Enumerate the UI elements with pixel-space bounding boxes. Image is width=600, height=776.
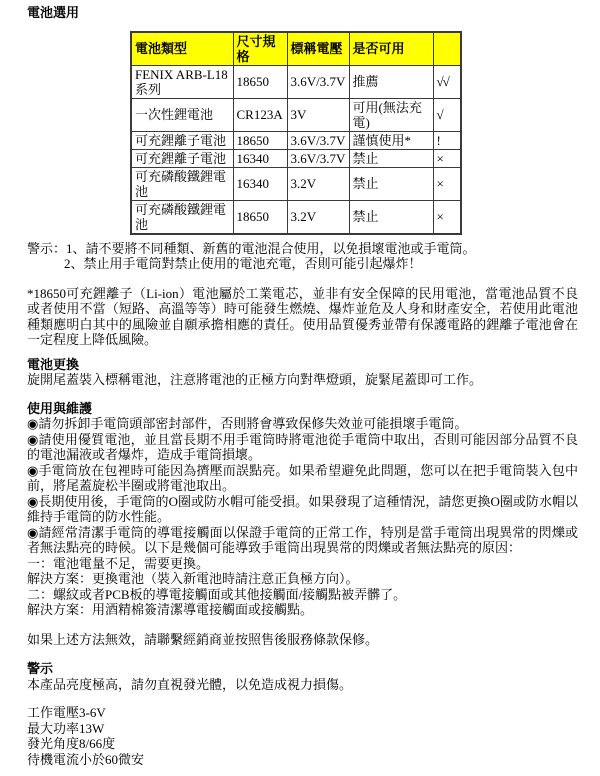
section-heading-use-maintenance: 使用與維護 xyxy=(27,401,578,417)
cause-line: 二：螺紋或者PCB板的導電接觸面或其他接觸面/接觸點被弄髒了。 xyxy=(27,587,578,603)
cell-battery-type: 可充鋰離子電池 xyxy=(131,131,233,149)
col-header-battery-type: 電池類型 xyxy=(131,32,233,66)
warning-note-line2: 2、禁止用手電筒對禁止使用的電池充電，否則可能引起爆炸！ xyxy=(27,256,578,272)
table-row: 可充磷酸鐵鋰電池 16340 3.2V 禁止 × xyxy=(131,167,461,200)
battery-replacement-body: 旋開尾蓋裝入標稱電池，注意將電池的正極方向對準燈頭，旋緊尾蓋即可工作。 xyxy=(27,372,578,388)
spec-operating-voltage: 工作電壓3-6V xyxy=(27,705,578,721)
spec-standby-current: 待機電流小於60微安 xyxy=(27,752,578,768)
table-header-row: 電池類型 尺寸規格 標稱電壓 是否可用 xyxy=(131,32,461,66)
solution-line: 解決方案：更換電池（裝入新電池時請注意正負極方向）。 xyxy=(27,571,578,587)
cell-size: 18650 xyxy=(233,131,287,149)
cell-size: 18650 xyxy=(233,65,287,98)
col-header-mark xyxy=(433,32,461,66)
maintenance-bullet: ◉請使用優質電池，並且當長期不用手電筒時將電池從手電筒中取出，否則可能因部分品質… xyxy=(27,432,578,463)
cell-battery-type: FENIX ARB-L18系列 xyxy=(131,65,233,98)
cell-usability: 禁止 xyxy=(349,167,433,200)
section-heading-battery-replacement: 電池更換 xyxy=(27,357,578,373)
cell-mark: ! xyxy=(433,131,461,149)
table-row: FENIX ARB-L18系列 18650 3.6V/3.7V 推薦 √√ xyxy=(131,65,461,98)
cell-voltage: 3.6V/3.7V xyxy=(287,131,349,149)
cell-battery-type: 一次性鋰電池 xyxy=(131,98,233,131)
maintenance-bullet: ◉長期使用後，手電筒的O圈或防水帽可能受損。如果發現了這種情況，請您更換O圈或防… xyxy=(27,494,578,525)
cell-battery-type: 可充磷酸鐵鋰電池 xyxy=(131,167,233,200)
col-header-usability: 是否可用 xyxy=(349,32,433,66)
section-heading-warning: 警示 xyxy=(27,661,578,677)
brightness-warning: 本產品亮度極高，請勿直視發光體，以免造成視力損傷。 xyxy=(27,677,578,693)
cell-voltage: 3.6V/3.7V xyxy=(287,65,349,98)
manual-page: 電池選用 電池類型 尺寸規格 標稱電壓 是否可用 FENIX ARB-L18系列… xyxy=(0,0,600,776)
cell-mark: √√ xyxy=(433,65,461,98)
col-header-nominal-voltage: 標稱電壓 xyxy=(287,32,349,66)
maintenance-bullet: ◉請勿拆卸手電筒頭部密封部件，否則將會導致保修失效並可能損壞手電筒。 xyxy=(27,416,578,432)
warning-note-line1: 警示：1、請不要將不同種類、新舊的電池混合使用，以免損壞電池或手電筒。 xyxy=(27,241,578,257)
cell-battery-type: 可充磷酸鐵鋰電池 xyxy=(131,200,233,234)
cell-size: CR123A xyxy=(233,98,287,131)
cell-mark: × xyxy=(433,167,461,200)
cell-usability: 謹慎使用* xyxy=(349,131,433,149)
cell-voltage: 3V xyxy=(287,98,349,131)
cell-usability: 禁止 xyxy=(349,149,433,167)
cell-mark: × xyxy=(433,200,461,234)
cell-size: 18650 xyxy=(233,200,287,234)
maintenance-bullet: ◉請經常清潔手電筒的導電接觸面以保證手電筒的正常工作，特別是當手電筒出現異常的閃… xyxy=(27,525,578,556)
table-row: 一次性鋰電池 CR123A 3V 可用(無法充電) √ xyxy=(131,98,461,131)
cell-voltage: 3.2V xyxy=(287,167,349,200)
disclaimer-18650: *18650可充鋰離子（Li-ion）電池屬於工業電芯，並非有安全保障的民用電池… xyxy=(27,286,578,348)
cell-voltage: 3.2V xyxy=(287,200,349,234)
cell-mark: × xyxy=(433,149,461,167)
maintenance-bullet: ◉手電筒放在包裡時可能因為擠壓而誤點亮。如果希望避免此問題，您可以在把手電筒裝入… xyxy=(27,463,578,494)
cell-usability: 禁止 xyxy=(349,200,433,234)
spec-list: 工作電壓3-6V 最大功率13W 發光角度8/66度 待機電流小於60微安 xyxy=(27,705,578,767)
section-heading-battery-selection: 電池選用 xyxy=(27,5,578,21)
cell-usability: 可用(無法充電) xyxy=(349,98,433,131)
cell-voltage: 3.6V/3.7V xyxy=(287,149,349,167)
battery-compatibility-table: 電池類型 尺寸規格 標稱電壓 是否可用 FENIX ARB-L18系列 1865… xyxy=(130,31,462,235)
col-header-size-spec: 尺寸規格 xyxy=(233,32,287,66)
cell-size: 16340 xyxy=(233,149,287,167)
table-row: 可充磷酸鐵鋰電池 18650 3.2V 禁止 × xyxy=(131,200,461,234)
spec-max-power: 最大功率13W xyxy=(27,721,578,737)
table-row: 可充鋰離子電池 16340 3.6V/3.7V 禁止 × xyxy=(131,149,461,167)
cell-mark: √ xyxy=(433,98,461,131)
cell-battery-type: 可充鋰離子電池 xyxy=(131,149,233,167)
cell-size: 16340 xyxy=(233,167,287,200)
cell-usability: 推薦 xyxy=(349,65,433,98)
solution-line: 解決方案：用酒精棉簽清潔導電接觸面或接觸點。 xyxy=(27,602,578,618)
after-sales-note: 如果上述方法無效，請聯繫經銷商並按照售後服務條款保修。 xyxy=(27,632,578,648)
cause-line: 一：電池電量不足，需要更換。 xyxy=(27,556,578,572)
spec-beam-angle: 發光角度8/66度 xyxy=(27,736,578,752)
table-row: 可充鋰離子電池 18650 3.6V/3.7V 謹慎使用* ! xyxy=(131,131,461,149)
